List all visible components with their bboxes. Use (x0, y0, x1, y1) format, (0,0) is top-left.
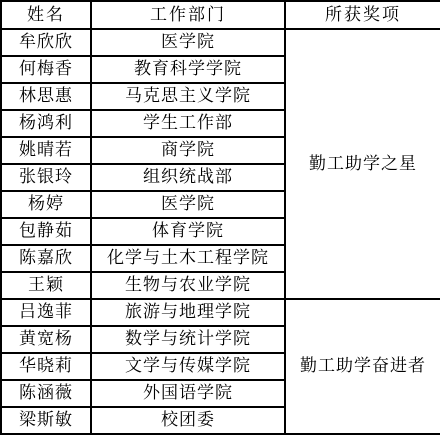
name-cell: 包静茹 (1, 218, 91, 245)
department-cell: 生物与农业学院 (91, 272, 285, 299)
table-body: 牟欣欣医学院勤工助学之星何梅香教育科学学院林思惠马克思主义学院杨鸿利学生工作部姚… (1, 29, 440, 434)
name-cell: 陈涵薇 (1, 380, 91, 407)
department-cell: 商学院 (91, 137, 285, 164)
name-cell: 杨婷 (1, 191, 91, 218)
table-row: 吕逸菲旅游与地理学院勤工助学奋进者 (1, 299, 440, 326)
name-cell: 华晓莉 (1, 353, 91, 380)
award-cell: 勤工助学之星 (285, 29, 440, 299)
header-department: 工作部门 (91, 1, 285, 29)
header-award: 所获奖项 (285, 1, 440, 29)
department-cell: 医学院 (91, 29, 285, 56)
name-cell: 吕逸菲 (1, 299, 91, 326)
department-cell: 组织统战部 (91, 164, 285, 191)
name-cell: 何梅香 (1, 56, 91, 83)
department-cell: 化学与土木工程学院 (91, 245, 285, 272)
name-cell: 黄宽杨 (1, 326, 91, 353)
department-cell: 体育学院 (91, 218, 285, 245)
department-cell: 文学与传媒学院 (91, 353, 285, 380)
award-cell: 勤工助学奋进者 (285, 299, 440, 434)
department-cell: 校团委 (91, 407, 285, 434)
name-cell: 林思惠 (1, 83, 91, 110)
awards-table: 姓名 工作部门 所获奖项 牟欣欣医学院勤工助学之星何梅香教育科学学院林思惠马克思… (0, 0, 440, 435)
table-header: 姓名 工作部门 所获奖项 (1, 1, 440, 29)
name-cell: 杨鸿利 (1, 110, 91, 137)
header-name: 姓名 (1, 1, 91, 29)
header-row: 姓名 工作部门 所获奖项 (1, 1, 440, 29)
table-row: 牟欣欣医学院勤工助学之星 (1, 29, 440, 56)
name-cell: 姚晴若 (1, 137, 91, 164)
department-cell: 医学院 (91, 191, 285, 218)
department-cell: 外国语学院 (91, 380, 285, 407)
name-cell: 梁斯敏 (1, 407, 91, 434)
department-cell: 教育科学学院 (91, 56, 285, 83)
name-cell: 牟欣欣 (1, 29, 91, 56)
department-cell: 数学与统计学院 (91, 326, 285, 353)
name-cell: 张银玲 (1, 164, 91, 191)
department-cell: 学生工作部 (91, 110, 285, 137)
name-cell: 王颖 (1, 272, 91, 299)
department-cell: 马克思主义学院 (91, 83, 285, 110)
department-cell: 旅游与地理学院 (91, 299, 285, 326)
name-cell: 陈嘉欣 (1, 245, 91, 272)
